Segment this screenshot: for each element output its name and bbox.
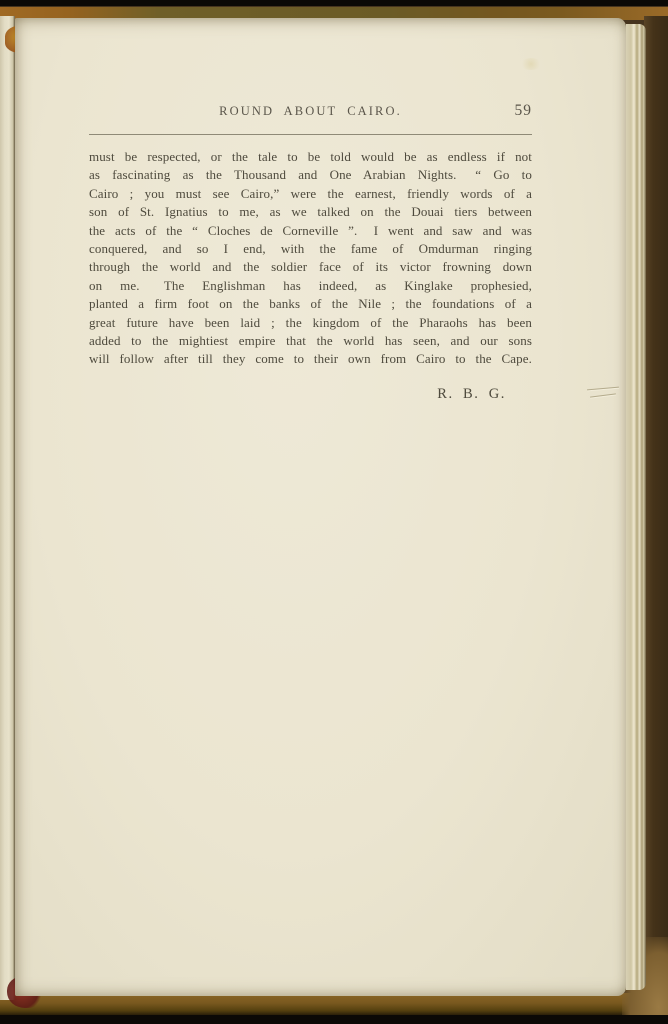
book-page: ROUND ABOUT CAIRO. 59 must be respected,… [15,18,626,996]
text-line: added to the mightiest empire that the w… [89,332,532,350]
text-line: will follow after till they come to thei… [89,350,532,368]
text-line: the acts of the “ Cloches de Corneville … [89,222,532,240]
text-line: as fascinating as the Thousand and One A… [89,166,532,184]
book-cover-right-edge [644,16,668,1004]
text-line: planted a firm foot on the banks of the … [89,295,532,313]
page-crease-mark [587,386,621,400]
text-line: must be respected, or the tale to be tol… [89,148,532,166]
scanned-book-page: ROUND ABOUT CAIRO. 59 must be respected,… [0,0,668,1024]
text-line: son of St. Ignatius to me, as we talked … [89,203,532,221]
header-rule [89,134,532,135]
text-line: through the world and the soldier face o… [89,258,532,276]
page-edges-stack [626,24,646,990]
text-line: Cairo ; you must see Cairo,” were the ea… [89,185,532,203]
page-number: 59 [515,102,533,120]
body-paragraph: must be respected, or the tale to be tol… [89,148,532,369]
author-initials: R. B. G. [89,386,532,403]
binding-gutter [0,16,15,1000]
book-cover-bottom-edge [0,993,668,1015]
running-header: ROUND ABOUT CAIRO. 59 [89,104,532,121]
text-line: conquered, and so I end, with the fame o… [89,240,532,258]
printed-content: ROUND ABOUT CAIRO. 59 must be respected,… [89,18,532,403]
text-line: on me. The Englishman has indeed, as Kin… [89,277,532,295]
running-header-title: ROUND ABOUT CAIRO. [89,104,532,119]
text-line: great future have been laid ; the kingdo… [89,314,532,332]
